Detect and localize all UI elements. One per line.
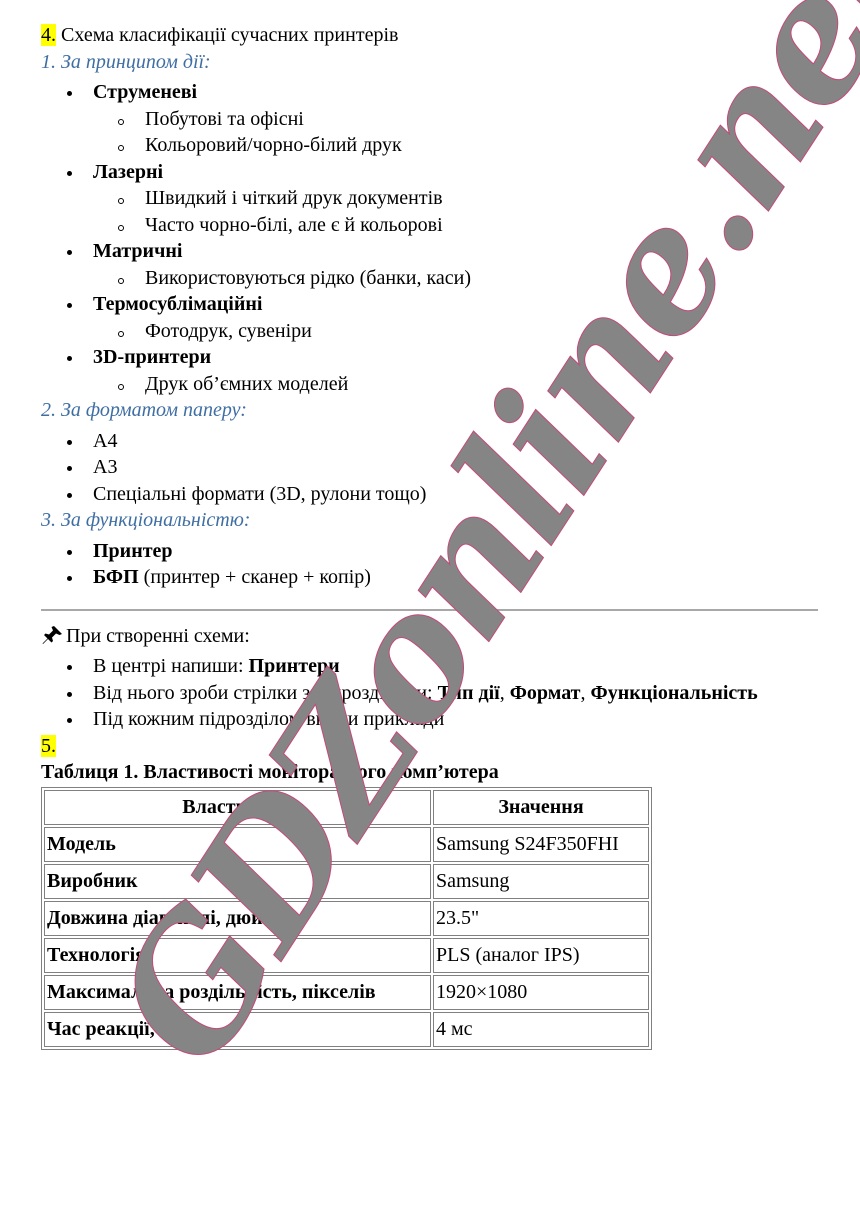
document-page: 4. Схема класифікації сучасних принтерів… [41,22,821,1050]
list-item-label: 3D-принтери [93,346,211,368]
property-cell: Технологія [44,938,431,973]
list-item: Від нього зроби стрілки з підрозділами: … [93,680,821,707]
column-header-value: Значення [433,790,649,825]
table-row: МодельSamsung S24F350FHI [44,827,649,862]
tip-text: Від нього зроби стрілки з підрозділами: [93,682,438,704]
task4-title-text: Схема класифікації сучасних принтерів [61,24,398,46]
list-item: А3 [93,454,821,481]
list-item: В центрі напиши: Принтери [93,653,821,680]
list-item: Термосублімаційні Фотодрук, сувеніри [93,291,821,344]
tips-intro-text: При створенні схеми: [66,625,250,647]
sublist-item: Побутові та офісні [145,106,821,133]
sublist-item: Швидкий і чіткий друк документів [145,185,821,212]
value-cell: 4 мс [433,1012,649,1047]
list-item-suffix: (принтер + сканер + копір) [139,566,371,588]
task4-number: 4. [41,24,56,46]
monitor-properties-table: Властивість Значення МодельSamsung S24F3… [41,787,652,1050]
sublist-item: Використовуються рідко (банки, каси) [145,265,821,292]
table-caption: Таблиця 1. Властивості монітора мого ком… [41,759,821,786]
sublist-item: Часто чорно-білі, але є й кольорові [145,212,821,239]
column-header-property: Властивість [44,790,431,825]
list-item-label: Струменеві [93,81,197,103]
sublist: Побутові та офісні Кольоровий/чорно-біли… [93,106,821,159]
property-cell: Час реакції, мс [44,1012,431,1047]
value-cell: Samsung [433,864,649,899]
property-cell: Максимальна роздільність, пікселів [44,975,431,1010]
task5-number: 5. [41,735,56,757]
section-heading-functionality: 3. За функціональністю: [41,507,821,534]
value-cell: Samsung S24F350FHI [433,827,649,862]
list-item-label: БФП [93,566,139,588]
sublist-item: Друк об’ємних моделей [145,371,821,398]
task5-number-line: 5. [41,733,821,760]
list-item: Під кожним підрозділом вкажи приклади [93,706,821,733]
pushpin-icon [41,625,63,645]
sublist: Використовуються рідко (банки, каси) [93,265,821,292]
list-item: БФП (принтер + сканер + копір) [93,564,821,591]
sublist-item: Фотодрук, сувеніри [145,318,821,345]
section-heading-format: 2. За форматом паперу: [41,397,821,424]
table-row: ВиробникSamsung [44,864,649,899]
section-heading-principle: 1. За принципом дії: [41,49,821,76]
horizontal-rule [41,609,818,611]
tip-text: Під кожним підрозділом вкажи приклади [93,708,444,730]
list-item: Матричні Використовуються рідко (банки, … [93,238,821,291]
value-cell: PLS (аналог IPS) [433,938,649,973]
list-item: А4 [93,428,821,455]
principle-list: Струменеві Побутові та офісні Кольоровий… [41,79,821,397]
list-item: 3D-принтери Друк об’ємних моделей [93,344,821,397]
list-item: Лазерні Швидкий і чіткий друк документів… [93,159,821,239]
table-row: Час реакції, мс4 мс [44,1012,649,1047]
table-header-row: Властивість Значення [44,790,649,825]
list-item: Спеціальні формати (3D, рулони тощо) [93,481,821,508]
tip-bold: Принтери [249,655,340,677]
tips-list: В центрі напиши: Принтери Від нього зроб… [41,653,821,733]
list-item-label: Матричні [93,240,182,262]
list-item: Струменеві Побутові та офісні Кольоровий… [93,79,821,159]
table-row: ТехнологіяPLS (аналог IPS) [44,938,649,973]
tips-intro: При створенні схеми: [41,623,821,650]
value-cell: 1920×1080 [433,975,649,1010]
sublist-item: Кольоровий/чорно-білий друк [145,132,821,159]
table-row: Максимальна роздільність, пікселів1920×1… [44,975,649,1010]
list-item-label: Принтер [93,540,173,562]
tip-bold: Функціональність [591,682,758,704]
tip-bold: Тип дії [438,682,500,704]
sublist: Швидкий і чіткий друк документів Часто ч… [93,185,821,238]
sublist: Друк об’ємних моделей [93,371,821,398]
tip-bold: Формат [510,682,581,704]
tip-sep: , [581,682,591,704]
property-cell: Модель [44,827,431,862]
format-list: А4 А3 Спеціальні формати (3D, рулони тощ… [41,428,821,508]
list-item-label: Лазерні [93,161,163,183]
functionality-list: Принтер БФП (принтер + сканер + копір) [41,538,821,591]
property-cell: Довжина діагоналі, дюймів [44,901,431,936]
tip-text: В центрі напиши: [93,655,249,677]
list-item: Принтер [93,538,821,565]
list-item-label: Термосублімаційні [93,293,262,315]
tip-sep: , [500,682,510,704]
value-cell: 23.5" [433,901,649,936]
sublist: Фотодрук, сувеніри [93,318,821,345]
property-cell: Виробник [44,864,431,899]
task4-title: 4. Схема класифікації сучасних принтерів [41,22,821,49]
table-row: Довжина діагоналі, дюймів23.5" [44,901,649,936]
